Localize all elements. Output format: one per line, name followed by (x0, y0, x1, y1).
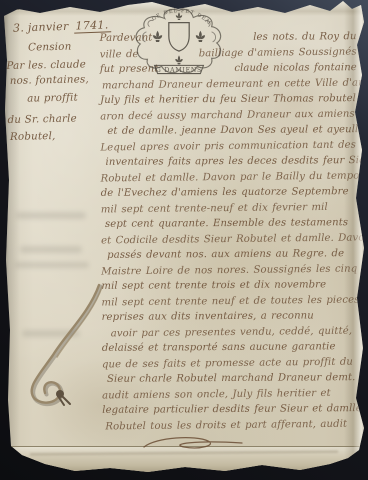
body-line: mil sept cent trente trois et dix novemb… (101, 277, 358, 294)
body-line: legataire particulier desdits feur Sieur… (102, 401, 359, 418)
ink-blot (42, 2, 49, 6)
shield-icon (169, 23, 189, 52)
margin-note: au proffit (27, 90, 103, 107)
body-line: et de damlle. jeanne Davon Ses ayeul et … (107, 122, 357, 139)
ink-showthrough (15, 262, 89, 268)
body-line: delaissé et transporté sans aucune garan… (102, 339, 359, 356)
body-text: Pardevantles nots. du Roy duville debail… (100, 29, 360, 434)
body-line-right: claude nicolas fontaine (234, 60, 357, 76)
body-line: reprises aux dits inventaires, a reconnu (102, 308, 359, 325)
fleur-de-lis-icon (175, 55, 182, 64)
body-line: de l'Evechez d'amiens les quatorze Septe… (101, 184, 358, 201)
ink-blot (10, 0, 31, 11)
margin-notes: CensionPar les. claudenos. fontaines,au … (6, 39, 104, 145)
ink-showthrough (16, 212, 86, 219)
date-day-month: 3. janvier (13, 20, 69, 35)
body-line: Sieur charle Robutel marchand Draneur de… (107, 370, 359, 387)
body-line: passés devant nos. aux amiens au Regre. … (107, 246, 358, 263)
margin-note: Robutel, (10, 128, 104, 145)
signature-flourish (138, 434, 250, 456)
binding-cord (12, 276, 124, 428)
body-line-right: les nots. du Roy du (253, 29, 357, 45)
ink-showthrough (20, 246, 82, 253)
body-line: July fils et heritier du feu Sieur Thoma… (100, 91, 357, 108)
margin-note: nos. fontaines, (10, 72, 103, 89)
body-line: sept cent quarante. Ensemble des testame… (105, 215, 358, 232)
stamp-top-text: GE DEL PET DEM (151, 8, 212, 27)
manuscript-scan: 3. janvier1741. CensionPar les. claudeno… (0, 0, 368, 480)
stamp-bottom-text: G DAMIENS (156, 67, 202, 74)
body-line: Robutel tous les droits et part afferant… (105, 416, 359, 434)
paper-sheet: 3. janvier1741. CensionPar les. claudeno… (0, 0, 368, 480)
document-date: 3. janvier1741. (13, 18, 111, 34)
margin-note: du Sr. charle (7, 111, 103, 128)
fleur-de-lis-icon (196, 31, 205, 42)
fleur-de-lis-icon (153, 31, 162, 42)
tax-stamp: GE DEL PET DEM G DAMIENS (126, 6, 232, 82)
body-line: inventaires faits apres les deces desdit… (105, 153, 357, 170)
margin-note: Cension (28, 39, 102, 56)
